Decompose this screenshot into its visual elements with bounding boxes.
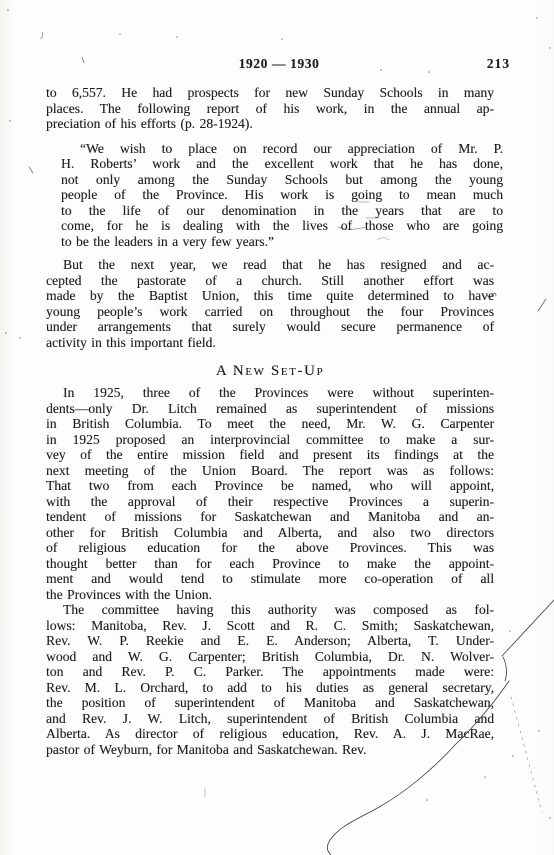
section-heading-new-setup: A New Set-Up [46, 363, 494, 380]
text-line: The committee having this authority was … [46, 602, 494, 618]
text-line: Rev. W. P. Reekie and E. E. Anderson; Al… [46, 633, 494, 649]
text-line: in British Columbia. To meet the need, M… [46, 416, 494, 432]
margin-slash-mark [538, 299, 546, 311]
text-line: pastor of Weyburn, for Manitoba and Sask… [46, 742, 494, 758]
running-head-date: 1920 — 1930 [239, 56, 320, 71]
text-line: Rev. M. L. Orchard, to add to his duties… [46, 680, 494, 696]
paragraph-1925-report: In 1925, three of the Provinces were wit… [46, 385, 494, 602]
curl-speck [40, 32, 43, 39]
text-line: ton and Rev. P. C. Parker. The appointme… [46, 664, 494, 680]
scratch-mark-hook [503, 657, 506, 681]
text-line: of religious education for the above Pro… [46, 540, 494, 556]
text-line: to be the leaders in a very few years.” [61, 234, 503, 250]
text-line: dents—only Dr. Litch remained as superin… [46, 401, 494, 417]
text-line: made by the Baptist Union, this time qui… [46, 288, 494, 304]
text-line: in 1925 proposed an interprovincial comm… [46, 432, 494, 448]
blockquote-appreciation: “We wish to place on record our apprecia… [61, 141, 503, 250]
text-line: activity in this important field. [46, 335, 494, 351]
text-line: In 1925, three of the Provinces were wit… [46, 385, 494, 401]
text-line: the Provinces with the Union. [46, 587, 494, 603]
paragraph-continuation: to 6,557. He had prospects for new Sunda… [46, 85, 494, 132]
text-line: cepted the pastorate of a church. Still … [46, 273, 494, 289]
text-line: people of the Province. His work is goin… [61, 187, 503, 203]
text-line: with the approval of their respective Pr… [46, 494, 494, 510]
paragraph-next-year: But the next year, we read that he has r… [46, 257, 494, 350]
text-line: That two from each Province be named, wh… [46, 478, 494, 494]
text-line: young people’s work carried on throughou… [46, 304, 494, 320]
text-line: under arrangements that surely would sec… [46, 319, 494, 335]
page-number: 213 [487, 56, 510, 72]
text-line: But the next year, we read that he has r… [46, 257, 494, 273]
text-line: come, for he is dealing with the lives o… [61, 218, 503, 234]
text-line: preciation of his efforts (p. 28-1924). [46, 116, 494, 132]
text-line: Alberta. As director of religious educat… [46, 726, 494, 742]
text-line: not only among the Sunday Schools but am… [61, 172, 503, 188]
paragraph-committee: The committee having this authority was … [46, 602, 494, 757]
text-line: “We wish to place on record our apprecia… [61, 141, 503, 157]
text-line: thought better than for each Province to… [46, 556, 494, 572]
text-line: tendent of missions for Saskatchewan and… [46, 509, 494, 525]
scratch-mark-right-edge [502, 600, 554, 656]
text-line: and Rev. J. W. Litch, superintendent of … [46, 711, 494, 727]
text-block: 1920 — 1930 213 to 6,557. He had prospec… [46, 0, 494, 757]
scanned-book-page: 1920 — 1930 213 to 6,557. He had prospec… [0, 0, 554, 855]
text-line: next meeting of the Union Board. The rep… [46, 463, 494, 479]
text-line: places. The following report of his work… [46, 101, 494, 117]
text-line: the position of superintendent of Manito… [46, 695, 494, 711]
text-line: to 6,557. He had prospects for new Sunda… [46, 85, 494, 101]
text-line: wood and W. G. Carpenter; British Columb… [46, 649, 494, 665]
margin-backtick-mark [29, 167, 33, 173]
dotted-hair-mark [511, 697, 542, 812]
text-line: vey of the entire mission field and pres… [46, 447, 494, 463]
text-line: H. Roberts’ work and the excellent work … [61, 156, 503, 172]
text-line: lows: Manitoba, Rev. J. Scott and R. C. … [46, 618, 494, 634]
text-line: other for British Columbia and Alberta, … [46, 525, 494, 541]
running-head: 1920 — 1930 213 [46, 56, 494, 72]
text-line: ment and would tend to stimulate more co… [46, 571, 494, 587]
text-line: to the life of our denomination in the y… [61, 203, 503, 219]
